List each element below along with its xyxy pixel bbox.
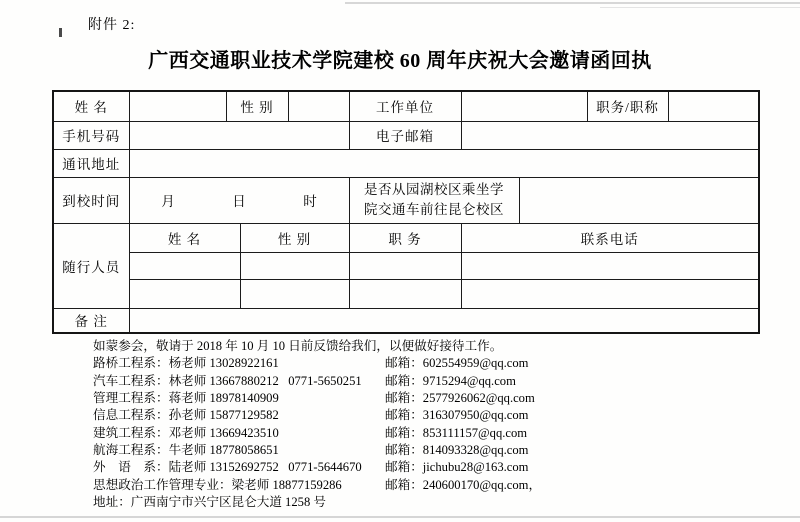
dept-contact: 思想政治工作管理专业：梁老师 18877159286 [93,474,385,493]
mailing-address-label: 通讯地址 [53,149,129,177]
contact-line: 思想政治工作管理专业：梁老师 18877159286 邮箱：240600170@… [93,474,773,491]
workunit-value-cell [461,91,587,121]
remarks-label: 备 注 [53,308,129,333]
dept-email: 邮箱：853111157@qq.com [385,422,527,441]
dept-email: 邮箱：9715294@qq.com [385,370,516,389]
arrival-time-value-cell: 月 日 时 [129,177,349,223]
table-row: 姓 名 性 别 工作单位 职务/职称 [53,91,759,121]
day-unit-label: 日 [232,190,246,210]
dept-contact: 外 语 系：陆老师 13152692752 0771-5644670 [93,456,385,475]
mobile-label: 手机号码 [53,121,129,149]
companion-phone-cell [461,252,759,279]
dept-contact: 汽车工程系：林老师 13667880212 0771-5650251 [93,370,385,389]
gender-label: 性 别 [226,91,288,121]
reply-form-table: 姓 名 性 别 工作单位 职务/职称 手机号码 电子邮箱 通讯地址 到校时间 月… [52,90,760,334]
scan-artifact [600,7,800,8]
contact-line: 管理工程系：蒋老师 18978140909 邮箱：2577926062@qq.c… [93,388,773,405]
scan-artifact [59,28,62,37]
dept-contact: 管理工程系：蒋老师 18978140909 [93,387,385,406]
contact-intro: 如蒙参会，敬请于 2018 年 10 月 10 日前反馈给我们，以便做好接待工作… [93,336,773,353]
companion-name-header: 姓 名 [129,223,240,252]
email-value-cell [461,121,759,149]
dept-email: 邮箱：jichubu28@163.com [385,456,528,475]
hour-unit-label: 时 [303,190,317,210]
arrival-time-label: 到校时间 [53,177,129,223]
attachment-label: 附件 2: [88,14,135,34]
shuttle-answer-cell [519,177,759,223]
contact-line: 建筑工程系：邓老师 13669423510 邮箱：853111157@qq.co… [93,422,773,439]
contact-intro-text: 如蒙参会，敬请于 2018 年 10 月 10 日前反馈给我们，以便做好接待工作… [93,335,502,354]
companion-gender-cell [240,279,349,308]
table-row: 通讯地址 [53,149,759,177]
companions-header-row: 随行人员 姓 名 性 别 职 务 联系电话 [53,223,759,252]
dept-email: 邮箱：602554959@qq.com [385,352,528,371]
companion-row [53,279,759,308]
name-label: 姓 名 [53,91,129,121]
email-label: 电子邮箱 [349,121,461,149]
dept-email: 邮箱：2577926062@qq.com [385,387,535,406]
dept-email: 邮箱：814093328@qq.com [385,439,528,458]
remarks-row: 备 注 [53,308,759,333]
companion-row [53,252,759,279]
month-unit-label: 月 [161,190,175,210]
document-title: 广西交通职业技术学院建校 60 周年庆祝大会邀请函回执 [0,44,800,73]
scan-artifact [345,2,800,4]
contact-line: 路桥工程系：杨老师 13028922161 邮箱：602554959@qq.co… [93,353,773,370]
companion-position-header: 职 务 [349,223,461,252]
contact-line: 汽车工程系：林老师 13667880212 0771-5650251 邮箱：97… [93,371,773,388]
contact-line: 航海工程系：牛老师 18778058651 邮箱：814093328@qq.co… [93,440,773,457]
scan-artifact [0,516,800,518]
contact-line: 外 语 系：陆老师 13152692752 0771-5644670 邮箱：ji… [93,457,773,474]
gender-value-cell [288,91,349,121]
table-row: 到校时间 月 日 时 是否从园湖校区乘坐学 院交通车前往昆仑校区 [53,177,759,223]
shuttle-question-label: 是否从园湖校区乘坐学 院交通车前往昆仑校区 [349,177,519,223]
dept-contact: 建筑工程系：邓老师 13669423510 [93,422,385,441]
companion-phone-header: 联系电话 [461,223,759,252]
mailing-address-value-cell [129,149,759,177]
remarks-value-cell [129,308,759,333]
table-row: 手机号码 电子邮箱 [53,121,759,149]
companion-name-cell [129,279,240,308]
companion-position-cell [349,279,461,308]
contact-info-block: 如蒙参会，敬请于 2018 年 10 月 10 日前反馈给我们，以便做好接待工作… [93,336,773,509]
contact-address: 地址：广西南宁市兴宁区昆仑大道 1258 号 [93,492,773,509]
dept-contact: 航海工程系：牛老师 18778058651 [93,439,385,458]
dept-email: 邮箱：316307950@qq.com [385,404,528,423]
dept-email: 邮箱：240600170@qq.com， [385,474,541,493]
companions-label: 随行人员 [53,223,129,308]
workunit-label: 工作单位 [349,91,461,121]
contact-address-text: 地址：广西南宁市兴宁区昆仑大道 1258 号 [93,491,326,510]
companion-position-cell [349,252,461,279]
dept-contact: 信息工程系：孙老师 15877129582 [93,404,385,423]
position-label: 职务/职称 [587,91,668,121]
companion-name-cell [129,252,240,279]
contact-line: 信息工程系：孙老师 15877129582 邮箱：316307950@qq.co… [93,405,773,422]
name-value-cell [129,91,226,121]
dept-contact: 路桥工程系：杨老师 13028922161 [93,352,385,371]
companion-gender-cell [240,252,349,279]
position-value-cell [668,91,759,121]
mobile-value-cell [129,121,349,149]
companion-phone-cell [461,279,759,308]
companion-gender-header: 性 别 [240,223,349,252]
